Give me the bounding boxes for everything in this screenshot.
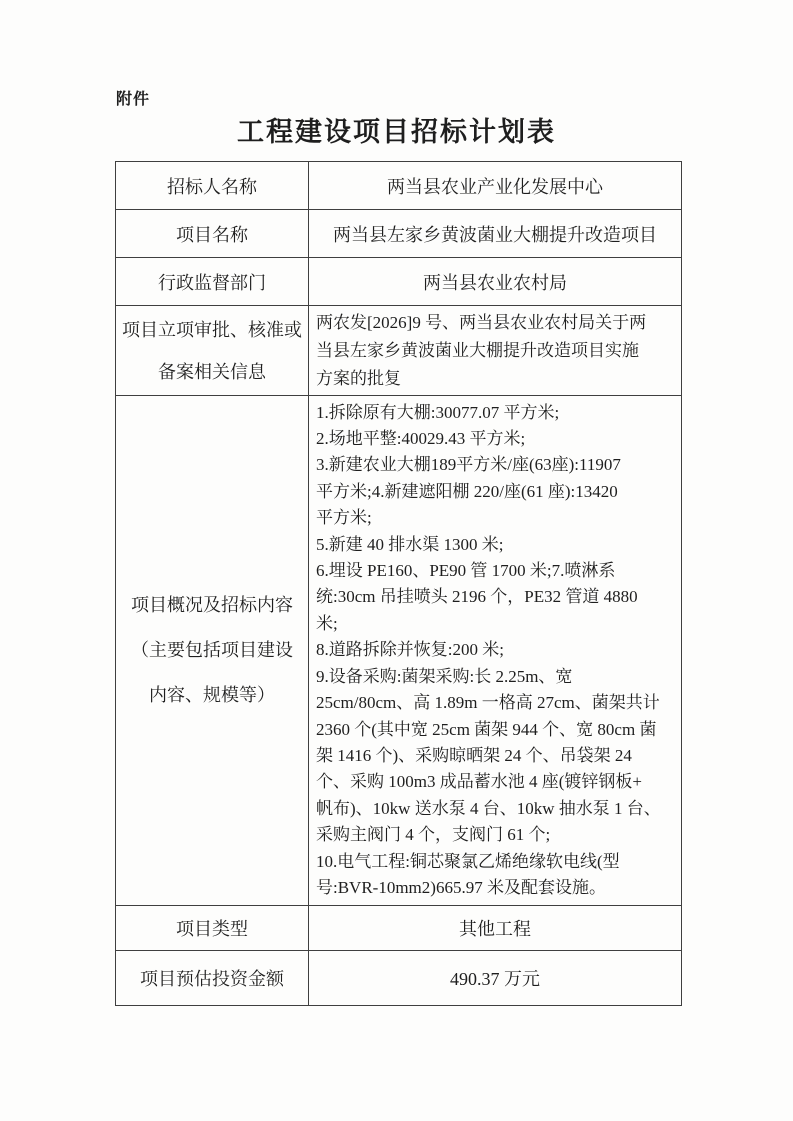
approval-info-value: 两农发[2026]9 号、两当县农业农村局关于两 当县左家乡黄波菌业大棚提升改造… [309,306,682,396]
project-name-label: 项目名称 [116,210,309,258]
supervision-department-label: 行政监督部门 [116,258,309,306]
project-overview-label: 项目概况及招标内容 （主要包括项目建设 内容、规模等） [116,396,309,906]
tenderer-name-label: 招标人名称 [116,162,309,210]
supervision-department-value: 两当县农业农村局 [309,258,682,306]
table-row: 项目名称 两当县左家乡黄波菌业大棚提升改造项目 [116,210,682,258]
project-type-value: 其他工程 [309,906,682,951]
table-row: 招标人名称 两当县农业产业化发展中心 [116,162,682,210]
table-row: 行政监督部门 两当县农业农村局 [116,258,682,306]
tenderer-name-value: 两当县农业产业化发展中心 [309,162,682,210]
estimated-investment-label: 项目预估投资金额 [116,951,309,1006]
attachment-label: 附件 [116,86,150,109]
bidding-plan-table: 招标人名称 两当县农业产业化发展中心 项目名称 两当县左家乡黄波菌业大棚提升改造… [115,161,682,1006]
estimated-investment-value: 490.37 万元 [309,951,682,1006]
project-name-value: 两当县左家乡黄波菌业大棚提升改造项目 [309,210,682,258]
document-title: 工程建设项目招标计划表 [0,110,793,149]
project-overview-value: 1.拆除原有大棚:30077.07 平方米; 2.场地平整:40029.43 平… [309,396,682,906]
document-page: 附件 工程建设项目招标计划表 招标人名称 两当县农业产业化发展中心 项目名称 两… [0,0,793,1121]
table-row: 项目概况及招标内容 （主要包括项目建设 内容、规模等） 1.拆除原有大棚:300… [116,396,682,906]
project-type-label: 项目类型 [116,906,309,951]
table-row: 项目立项审批、核准或 备案相关信息 两农发[2026]9 号、两当县农业农村局关… [116,306,682,396]
approval-info-label: 项目立项审批、核准或 备案相关信息 [116,306,309,396]
table-row: 项目类型 其他工程 [116,906,682,951]
table-row: 项目预估投资金额 490.37 万元 [116,951,682,1006]
